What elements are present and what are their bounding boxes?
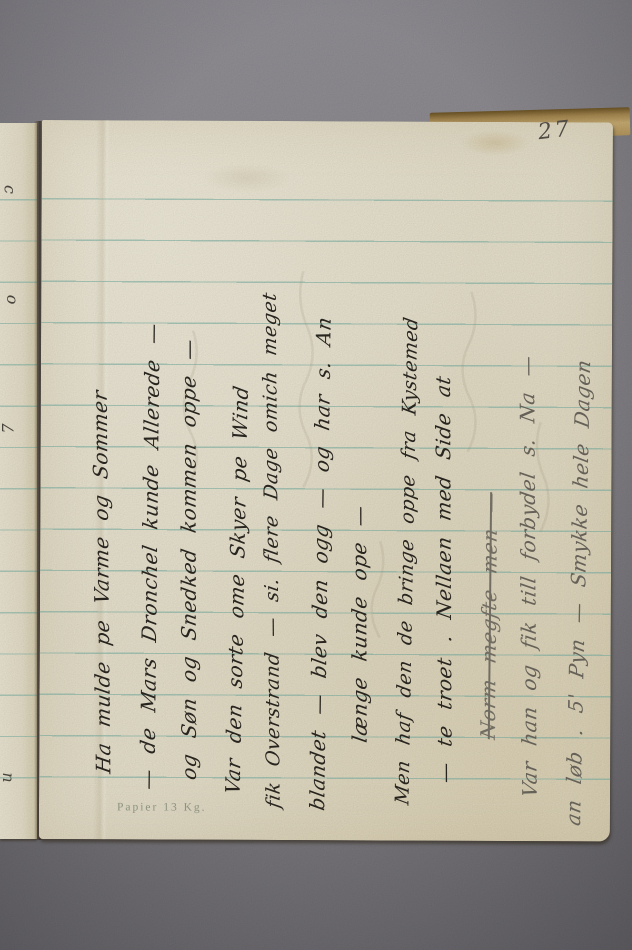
photograph-of-notebook: ɔ o 7 u Ha mulde pe Varme og Sommer — de… — [0, 0, 632, 950]
handwriting-line: længe kunde ope — — [337, 144, 381, 833]
handwriting-line: — te troet . Nellaen med Side at — [421, 145, 467, 834]
page-number: 27 — [537, 116, 574, 145]
previous-page-ink-mark: u — [0, 772, 16, 782]
paper-weight-imprint: Papier 13 Kg. — [117, 801, 207, 813]
previous-page-ink-mark: ɔ — [0, 185, 17, 194]
handwriting-block: Ha mulde pe Varme og Sommer — de Mars Dr… — [83, 147, 598, 831]
handwriting-line: og Søn og Snedked kommen oppe — — [168, 144, 211, 833]
previous-page-ink-mark: o — [0, 295, 19, 305]
handwriting-line: fik Overstrand — si. flere Dage omich me… — [248, 144, 296, 834]
previous-page-ink-mark: 7 — [0, 423, 18, 433]
notebook-page: Ha mulde pe Varme og Sommer — de Mars Dr… — [39, 120, 613, 841]
handwriting-line: Ha mulde pe Varme og Sommer — [76, 143, 125, 833]
previous-page-ruled-lines — [0, 199, 37, 781]
previous-page-sliver: ɔ o 7 u — [0, 123, 37, 839]
handwriting-line: Var han og fik till forbydel s. Na — — [505, 145, 552, 835]
